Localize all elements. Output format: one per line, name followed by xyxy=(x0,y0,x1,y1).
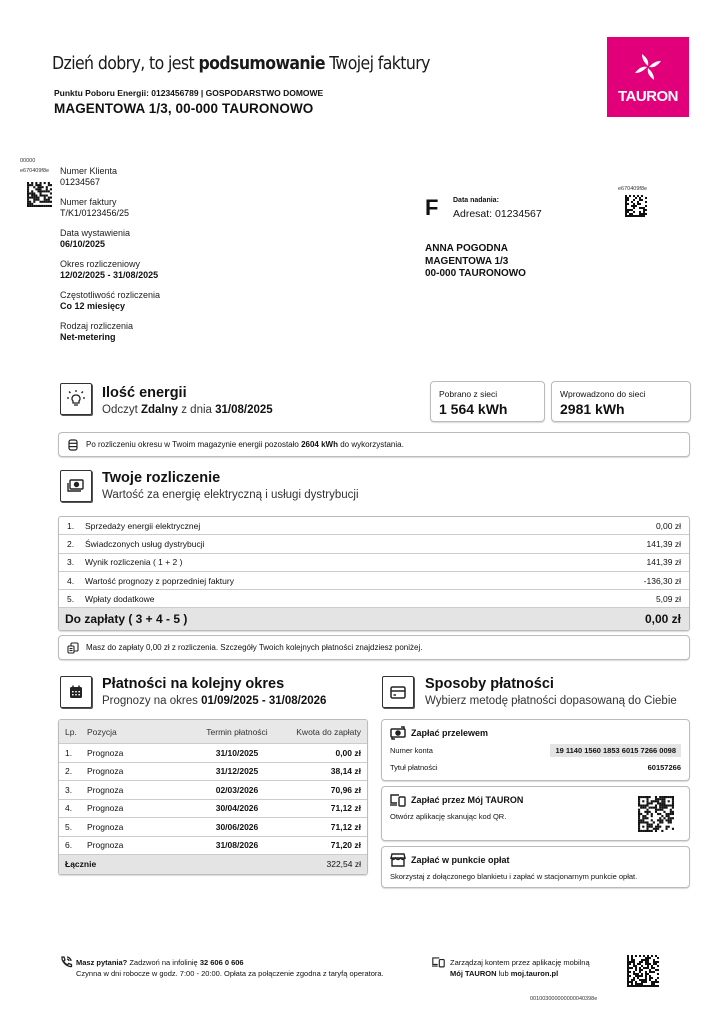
tauron-star-icon xyxy=(633,52,663,82)
app-line: Zarządzaj kontem przez aplikację mobilną xyxy=(450,957,590,968)
settlement-subtitle: Wartość za energię elektryczną i usługi … xyxy=(102,489,359,501)
sum-label: Łącznie xyxy=(65,859,213,869)
code-label-right: e670409f8e xyxy=(618,186,647,192)
table-row: 6.Prognoza31/08/202671,20 zł xyxy=(59,837,367,856)
row-amount: 71,20 zł xyxy=(287,840,361,850)
recipient-city: 00-000 TAURONOWO xyxy=(425,268,526,281)
row-amount: 70,96 zł xyxy=(287,785,361,795)
pay-point-title: Zapłać w punkcie opłat xyxy=(411,855,510,865)
row-amount: 0,00 zł xyxy=(656,521,681,531)
row-amount: 0,00 zł xyxy=(287,748,361,758)
row-lp: 2. xyxy=(65,766,87,776)
energy-fed-card: Wprowadzono do sieci 2981 kWh xyxy=(551,381,691,422)
code-label-1: 00000 xyxy=(20,158,35,164)
invoice-number-label: Numer faktury xyxy=(60,197,220,208)
recipient-address: ANNA POGODNA MAGENTOWA 1/3 00-000 TAURON… xyxy=(425,243,526,281)
row-date: 31/10/2025 xyxy=(187,748,287,758)
billing-period-label: Okres rozliczeniowy xyxy=(60,259,220,270)
payment-title-value[interactable]: 60157266 xyxy=(648,763,681,772)
pay-transfer-card: Zapłać przelewem Numer konta 19 1140 156… xyxy=(381,719,690,781)
energy-drawn-label: Pobrano z sieci xyxy=(439,389,497,399)
row-amount: -136,30 zł xyxy=(644,576,681,586)
sum-row: Łącznie322,54 zł xyxy=(59,855,367,874)
col-due-date: Termin płatności xyxy=(187,727,287,737)
issue-date-label: Data wystawienia xyxy=(60,228,220,239)
bulb-icon xyxy=(60,383,92,415)
pay-transfer-title: Zapłać przelewem xyxy=(411,728,488,738)
card-icon xyxy=(382,676,414,708)
row-number: 3. xyxy=(67,557,85,567)
energy-fed-value: 2981 kWh xyxy=(560,401,625,417)
pay-app-card: Zapłać przez Mój TAURON Otwórz aplikację… xyxy=(381,786,690,841)
qr-code[interactable] xyxy=(638,796,674,832)
row-lp: 3. xyxy=(65,785,87,795)
row-label: Świadczonych usług dystrybucji xyxy=(85,539,647,549)
hotline-hours: Czynna w dni robocze w godz. 7:00 - 20:0… xyxy=(76,968,384,979)
col-amount: Kwota do zapłaty xyxy=(287,727,361,737)
row-number: 4. xyxy=(67,576,85,586)
row-label: Wartość prognozy z poprzedniej faktury xyxy=(85,576,644,586)
row-number: 1. xyxy=(67,521,85,531)
row-lp: 5. xyxy=(65,822,87,832)
table-header: Lp. Pozycja Termin płatności Kwota do za… xyxy=(59,720,367,744)
billing-frequency-label: Częstotliwość rozliczenia xyxy=(60,290,220,301)
billing-frequency-value: Co 12 miesięcy xyxy=(60,301,220,312)
tauron-logo: TAURON xyxy=(607,37,689,117)
methods-subtitle: Wybierz metodę płatności dopasowaną do C… xyxy=(425,695,677,707)
row-position: Prognoza xyxy=(87,840,187,850)
row-amount: 71,12 zł xyxy=(287,803,361,813)
money-transfer-icon xyxy=(390,726,406,740)
billing-period-value: 12/02/2025 - 31/08/2025 xyxy=(60,270,220,281)
methods-title: Sposoby płatności xyxy=(425,676,554,692)
database-icon xyxy=(67,439,79,451)
devices-icon xyxy=(390,793,406,807)
payment-notice-text: Masz do zapłaty 0,00 zł z rozliczenia. S… xyxy=(86,643,422,652)
client-number-label: Numer Klienta xyxy=(60,166,220,177)
invoice-number-value: T/K1/0123456/25 xyxy=(60,208,220,219)
table-row: 3.Prognoza02/03/202670,96 zł xyxy=(59,781,367,800)
total-row: Do zapłaty ( 3 + 4 - 5 )0,00 zł xyxy=(59,608,689,630)
page-title: Dzień dobry, to jest podsumowanie Twojej… xyxy=(52,54,430,74)
client-number-value: 01234567 xyxy=(60,177,220,188)
sum-amount: 322,54 zł xyxy=(213,859,361,869)
logo-text: TAURON xyxy=(607,88,689,105)
table-row: 1.Prognoza31/10/20250,00 zł xyxy=(59,744,367,763)
col-lp: Lp. xyxy=(65,727,87,737)
datamatrix-code xyxy=(27,182,52,207)
billing-type-value: Net-metering xyxy=(60,332,220,343)
client-info: Numer Klienta 01234567 Numer faktury T/K… xyxy=(60,166,220,352)
table-row: 5.Wpłaty dodatkowe5,09 zł xyxy=(59,590,689,608)
energy-fed-label: Wprowadzono do sieci xyxy=(560,389,646,399)
settlement-table: 1.Sprzedaży energii elektrycznej0,00 zł … xyxy=(58,516,690,631)
row-amount: 5,09 zł xyxy=(656,594,681,604)
payments-subtitle: Prognozy na okres 01/09/2025 - 31/08/202… xyxy=(102,695,326,707)
row-label: Wynik rozliczenia ( 1 + 2 ) xyxy=(85,557,647,567)
payment-notice: Masz do zapłaty 0,00 zł z rozliczenia. S… xyxy=(58,635,690,660)
energy-subtitle: Odczyt Zdalny z dnia 31/08/2025 xyxy=(102,404,273,416)
calendar-icon xyxy=(60,676,92,708)
row-amount: 38,14 zł xyxy=(287,766,361,776)
energy-drawn-value: 1 564 kWh xyxy=(439,401,507,417)
row-date: 30/06/2026 xyxy=(187,822,287,832)
energy-storage-notice: Po rozliczeniu okresu w Twoim magazynie … xyxy=(58,432,690,457)
table-row: 2.Świadczonych usług dystrybucji141,39 z… xyxy=(59,535,689,553)
ppe-line: Punktu Poboru Energii: 0123456789 | GOSP… xyxy=(54,88,323,98)
row-position: Prognoza xyxy=(87,803,187,813)
datamatrix-code-footer xyxy=(627,955,659,987)
row-lp: 6. xyxy=(65,840,87,850)
row-lp: 4. xyxy=(65,803,87,813)
pay-point-card: Zapłać w punkcie opłat Skorzystaj z dołą… xyxy=(381,846,690,888)
billing-type-label: Rodzaj rozliczenia xyxy=(60,321,220,332)
energy-storage-text: Po rozliczeniu okresu w Twoim magazynie … xyxy=(86,440,404,449)
send-date-label: Data nadania: xyxy=(453,197,499,204)
row-amount: 141,39 zł xyxy=(647,557,682,567)
account-label: Numer konta xyxy=(390,746,433,755)
row-amount: 141,39 zł xyxy=(647,539,682,549)
table-row: 3.Wynik rozliczenia ( 1 + 2 )141,39 zł xyxy=(59,554,689,572)
app-link-line: Mój TAURON lub moj.tauron.pl xyxy=(450,968,590,979)
row-label: Wpłaty dodatkowe xyxy=(85,594,656,604)
energy-title: Ilość energii xyxy=(102,385,187,401)
footer-code-label: 001003000000000040398e xyxy=(530,996,597,1002)
row-number: 5. xyxy=(67,594,85,604)
table-row: 4.Prognoza30/04/202671,12 zł xyxy=(59,800,367,819)
row-number: 2. xyxy=(67,539,85,549)
payments-title: Płatności na kolejny okres xyxy=(102,676,284,692)
row-position: Prognoza xyxy=(87,766,187,776)
table-row: 5.Prognoza30/06/202671,12 zł xyxy=(59,818,367,837)
app-info: Zarządzaj kontem przez aplikację mobilną… xyxy=(432,957,590,979)
money-icon xyxy=(60,470,92,502)
datamatrix-code-right xyxy=(625,195,647,217)
table-row: 1.Sprzedaży energii elektrycznej0,00 zł xyxy=(59,517,689,535)
addressee-id: Adresat: 01234567 xyxy=(453,208,542,220)
row-date: 31/08/2026 xyxy=(187,840,287,850)
mail-class-letter: F xyxy=(425,195,438,221)
total-amount: 0,00 zł xyxy=(645,612,681,626)
total-label: Do zapłaty ( 3 + 4 - 5 ) xyxy=(65,612,645,626)
row-position: Prognoza xyxy=(87,785,187,795)
hotline-line: Masz pytania? Zadzwoń na infolinię 32 60… xyxy=(76,957,384,968)
row-date: 30/04/2026 xyxy=(187,803,287,813)
table-row: 2.Prognoza31/12/202538,14 zł xyxy=(59,763,367,782)
row-date: 02/03/2026 xyxy=(187,785,287,795)
table-row: 4.Wartość prognozy z poprzedniej faktury… xyxy=(59,572,689,590)
energy-drawn-card: Pobrano z sieci 1 564 kWh xyxy=(430,381,545,422)
pay-point-desc: Skorzystaj z dołączonego blankietu i zap… xyxy=(390,872,637,881)
payments-table: Lp. Pozycja Termin płatności Kwota do za… xyxy=(58,719,368,875)
coins-icon xyxy=(67,642,79,654)
website-link[interactable]: moj.tauron.pl xyxy=(511,969,559,978)
recipient-name: ANNA POGODNA xyxy=(425,243,526,256)
hotline-info: Masz pytania? Zadzwoń na infolinię 32 60… xyxy=(60,957,384,979)
row-amount: 71,12 zł xyxy=(287,822,361,832)
code-label-2: e670409f8e xyxy=(20,168,49,174)
store-icon xyxy=(390,853,406,867)
issue-date-value: 06/10/2025 xyxy=(60,239,220,250)
recipient-street: MAGENTOWA 1/3 xyxy=(425,256,526,269)
row-lp: 1. xyxy=(65,748,87,758)
row-date: 31/12/2025 xyxy=(187,766,287,776)
account-number[interactable]: 19 1140 1560 1853 6015 7266 0098 xyxy=(550,744,681,757)
settlement-title: Twoje rozliczenie xyxy=(102,470,220,486)
pay-app-desc: Otwórz aplikację skanując kod QR. xyxy=(390,812,506,821)
col-position: Pozycja xyxy=(87,727,187,737)
row-label: Sprzedaży energii elektrycznej xyxy=(85,521,656,531)
pay-app-title: Zapłać przez Mój TAURON xyxy=(411,795,523,805)
row-position: Prognoza xyxy=(87,748,187,758)
row-position: Prognoza xyxy=(87,822,187,832)
payment-title-label: Tytuł płatności xyxy=(390,763,438,772)
supply-address: MAGENTOWA 1/3, 00-000 TAURONOWO xyxy=(54,101,313,116)
